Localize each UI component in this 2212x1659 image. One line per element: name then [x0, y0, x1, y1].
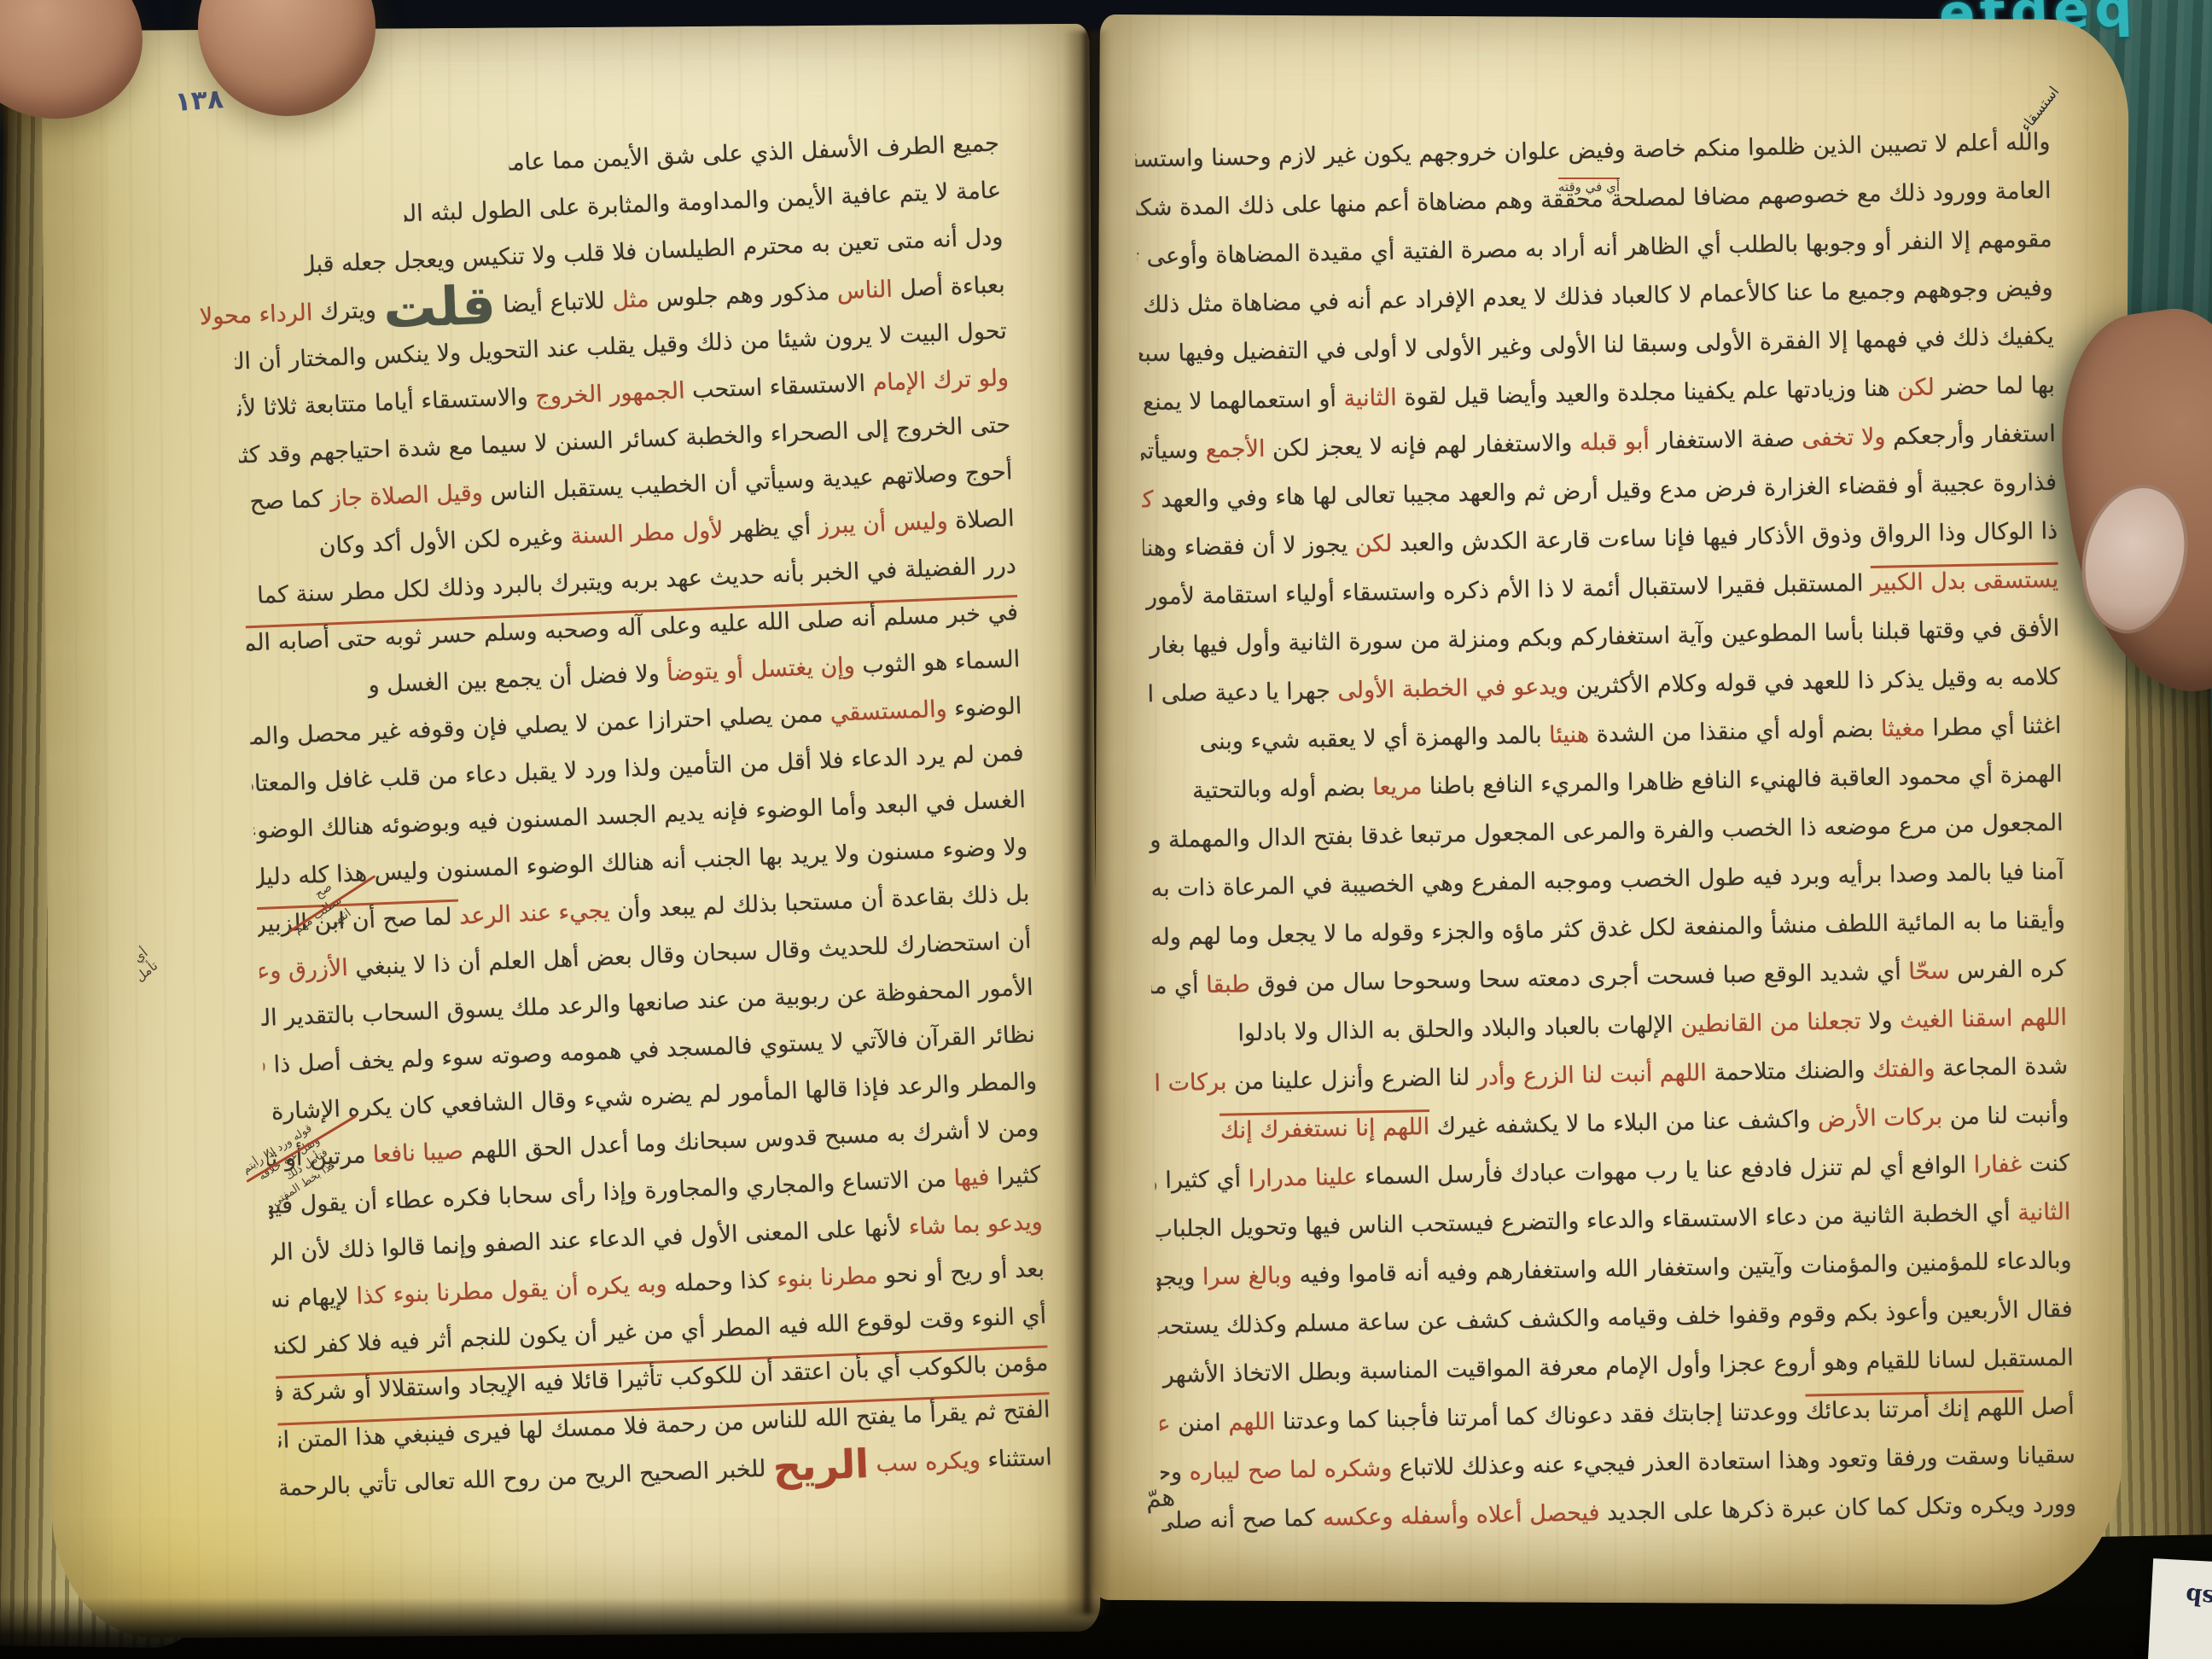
ink-text: ذا الوكال وذا الرواق وذوق الأذكار فيها ف…	[1392, 518, 2058, 557]
rubricated-text: وعند	[259, 958, 289, 987]
ink-text: يجوز لا أن فقضاء وهنا عظيم واجعل هنا بنا…	[1143, 532, 1355, 566]
rubricated-text: طبقا	[1206, 971, 1250, 998]
ink-text: جهرا يا دعية صلى الله عليه وعلى آله وصحب…	[1145, 678, 1338, 713]
ink-text: بضم أوله أي منقذا من الشدة	[1589, 716, 1881, 748]
ink-text: شدة المجاعة	[1935, 1053, 2068, 1082]
ink-text: ووعدتنا إجابتك فقد دعوناك كما أمرتنا فأج…	[1275, 1399, 1806, 1435]
ink-text: بعباءة أصل	[892, 271, 1005, 302]
rubricated-text: ويكره سب	[876, 1447, 981, 1478]
ink-text: وورد ويكره وتكل كما كان عبرة ذكرها على ا…	[1599, 1491, 2076, 1527]
ink-text: الهمزة أي محمود العاقبة فالهنيء النافع ظ…	[1422, 761, 2063, 800]
ink-text: وسيأتي مقدم	[1141, 437, 1207, 466]
ink-text: مذكور وهم جلوس	[649, 278, 838, 312]
rubricated-text: اللهم اسقنا الغيث	[1900, 1004, 2067, 1034]
ink-text: وفيض وجوههم وجميع ما عنا كالأعمام لا كال…	[1138, 275, 2053, 319]
ink-text: سقيانا وسقت ورفقا وتعود وهذا استعادة الع…	[1392, 1442, 2075, 1481]
ink-text: امنن	[1170, 1410, 1228, 1437]
right-page-text: والله أعلم لا تصيبن الذين ظلموا منكم خاص…	[1135, 118, 2077, 1569]
ink-text: الاستسقاء استحب	[684, 370, 873, 405]
rubricated-text: فيها	[953, 1164, 990, 1192]
ink-text: ويجهر	[1156, 1264, 1202, 1292]
rubricated-text: صيبا نافعا	[372, 1138, 463, 1168]
rubricated-text: غفارا	[1973, 1151, 2022, 1179]
ink-text: للخبر الصحيح الريح من روح الله تعالى تأت…	[279, 1455, 773, 1507]
rubricated-text: ولا تخفى	[1802, 424, 1886, 452]
rubricated-text: وليس أن يبرز	[818, 508, 948, 539]
rubricated-text: بركات الأرض	[1818, 1103, 1943, 1132]
rubricated-text: اللهم أنبت لنا الزرع وأدر	[1477, 1060, 1708, 1091]
ink-text: أي يظهر	[723, 513, 819, 543]
ink-text: لإيهام نسبة المطر إلى النجم	[271, 1284, 357, 1321]
ink-text: أو استعمالهما لا يمنع الأكثر على الأصح	[1139, 386, 1343, 419]
ink-text: وغيره لكن الأول أكد وكان	[318, 523, 571, 560]
bottom-right-label: uosb	[2148, 1558, 2212, 1659]
rubricated-text: الثانية	[2017, 1199, 2071, 1226]
rubricated-text: سرا	[1202, 1263, 1242, 1290]
ink-text: أي شديد الوقع صبا فسحت أجرى دمعته سحا وس…	[1249, 958, 1908, 998]
photo-of-open-manuscript: etdeq ١٣٨ جميع الطرف الأسفل الذي على شق …	[0, 0, 2212, 1659]
rubricated-text: الناس	[836, 276, 893, 306]
ink-text: كلامه به وقيل يذكر ذا للعهد في قوله وكلا…	[1569, 664, 2061, 700]
rubricated-text: لأول مطر السنة	[570, 517, 724, 550]
rubricated-text: والمستسقي	[829, 696, 947, 726]
catchword: همّ	[1144, 1481, 1176, 1513]
ink-text: الوضوء	[946, 693, 1022, 723]
ink-text: ولا	[1860, 1007, 1900, 1034]
rubricated-text: مغيثا	[1881, 715, 1926, 742]
ink-text: كنت	[2022, 1150, 2070, 1178]
ink-text: الإلهات بالعباد والبلاد والحلق به الذال …	[1237, 1011, 1680, 1046]
rubricated-text: وبالغ	[1248, 1262, 1292, 1289]
book-gutter-shadow	[1063, 31, 1111, 1615]
ink-text: بعد أو ريح أو نحو	[877, 1255, 1045, 1289]
rubricated-text: يجيء عند الرعد	[458, 898, 610, 930]
ink-text: والاستغفار لهم فإنه لا يعجز لكن	[1265, 430, 1580, 463]
rubricated-text: الثانية	[1343, 385, 1397, 412]
ink-text: استغفار وأرجعكم	[1885, 421, 2056, 451]
ink-text: كره الفرس	[1949, 956, 2066, 985]
ink-text: كما صح أنه صلى الله عليه وعلى آله وسلم	[1161, 1505, 1323, 1540]
rubricated-text: ولو ترك الإمام	[872, 364, 1009, 396]
rubricated-text: مريعا	[1372, 773, 1423, 800]
ink-text: أي مستوعبا للأرض فيطبقها	[1151, 972, 1207, 1004]
rubricated-text: الأزرق	[288, 955, 348, 984]
ink-text: كما صح به الخبر لكنه خلاف الأفضل الذي هو…	[240, 486, 331, 526]
ink-text: ويترك	[312, 297, 384, 326]
ink-text: ولا فضل أن يجمع بين الغسل و	[368, 661, 667, 699]
label-text-upside-down: uosb	[2148, 1578, 2212, 1615]
interlinear-note: أي في وقته	[1449, 179, 1620, 195]
rubricated-text: الريح	[772, 1441, 870, 1490]
ink-text: الوافع أي لم تنزل فادفع عنا يا رب مهوات …	[1357, 1152, 1974, 1190]
ink-text: اغثنا أي مطرا	[1925, 713, 2062, 742]
ink-text: بالمد والهمزة أي لا يعقبه شيء وبنى	[1199, 722, 1549, 755]
ink-text: هنا وزيادتها علم يكفينا مجلدة والعيد وأي…	[1396, 375, 1897, 410]
rubricated-text: سحّا	[1908, 958, 1950, 985]
rubricated-text: الجمهور الخروج	[535, 378, 685, 410]
rubricated-text: بركات السماء	[1153, 1069, 1227, 1098]
rubricated-text: وقيل الصلاة جاز	[329, 480, 483, 512]
rubricated-text: لكن	[1354, 531, 1392, 558]
ink-text: وبالدعاء للمؤمنين والمؤمنات وآيتين واستغ…	[1292, 1248, 2072, 1289]
bottom-shadow	[0, 1598, 2212, 1659]
rubricated-text: علينا مدرارا	[1248, 1164, 1357, 1192]
ink-text: صفة الاستغفار	[1650, 426, 1802, 455]
ink-text: اللهم إنك أمرتنا بدعائك	[1805, 1390, 2023, 1425]
rubricated-text: الرداء محولا	[199, 300, 313, 330]
rubricated-text: ويدعو في الخطبة الأولى	[1337, 673, 1569, 704]
ink-text: بها لما حضر	[1935, 372, 2056, 401]
rubricated-text: وشكره لما صح ليباره	[1189, 1455, 1392, 1486]
rubricated-text: علينا	[1159, 1411, 1170, 1438]
rubricated-text: لكن	[1897, 375, 1935, 402]
rubricated-text: وإن يغتسل أو يتوضأ	[667, 653, 856, 687]
ink-text: والضنك متلاحمة	[1707, 1057, 1873, 1086]
rubricated-text: مثل	[612, 286, 649, 314]
ink-text: كذا وحمله	[667, 1266, 777, 1297]
rubricated-text: تجعلنا من القانطين	[1680, 1008, 1861, 1038]
rubricated-text: اللهم	[1228, 1409, 1276, 1436]
ink-text: لنا الضرع وأنزل علينا من	[1226, 1064, 1477, 1096]
ink-text: استثناء	[980, 1444, 1052, 1473]
ink-text: الصلاة	[947, 505, 1015, 534]
page-number: ١٣٨	[174, 84, 224, 118]
rubricated-text: مطرنا بنوء	[777, 1262, 878, 1293]
rubricated-text: والفتك	[1872, 1056, 1935, 1083]
ink-text: المستقبل فقيرا لاستقبال أئمة لا ذا الأم …	[1144, 570, 1871, 615]
rubricated-text: اللهم إنا نستغفرك إنك	[1220, 1109, 1429, 1144]
rubricated-text: فيحصل أعلاه وأسفله وعكسه	[1322, 1499, 1599, 1531]
rubricated-text: ويدعو بما شاء	[908, 1208, 1043, 1240]
ink-text: أصل	[2023, 1394, 2075, 1421]
rubricated-text: يستسقى بدل الكبير	[1871, 562, 2059, 597]
rubricated-text: هنيئا	[1549, 721, 1590, 748]
rubricated-text: وبه يكره أن يقول مطرنا بنوء كذا	[356, 1271, 667, 1310]
ink-text: بل ذلك بقاعدة أن مستحبا بذلك لم يبعد وأن	[609, 881, 1030, 924]
ink-text: واكشف عنا من البلاء ما لا يكشفه غيرك	[1429, 1106, 1819, 1140]
ink-text: السماء هو الثوب	[854, 646, 1021, 679]
ink-text: للاتباع أيضا	[495, 288, 613, 318]
ink-text: كثيرا	[989, 1162, 1041, 1190]
ink-text: فذاروة عجيبة أو فقضاء الغزارة فرض مدع وق…	[1153, 469, 2057, 513]
ink-text: أي كثيرا وليبق الغيث بعد	[1155, 1166, 1249, 1197]
left-page-text: جميع الطرف الأسفل الذي على شق الأيمن مما…	[226, 120, 1054, 1550]
ink-text: وأنبت لنا من	[1942, 1102, 2069, 1131]
rubricated-text: كيطلب العهد	[1142, 486, 1154, 515]
ink-text: بضم أوله وبالتحتية	[1192, 774, 1373, 804]
rubricated-text: أبو قبله	[1580, 428, 1650, 457]
rubricated-text: الأجمع	[1206, 436, 1266, 463]
